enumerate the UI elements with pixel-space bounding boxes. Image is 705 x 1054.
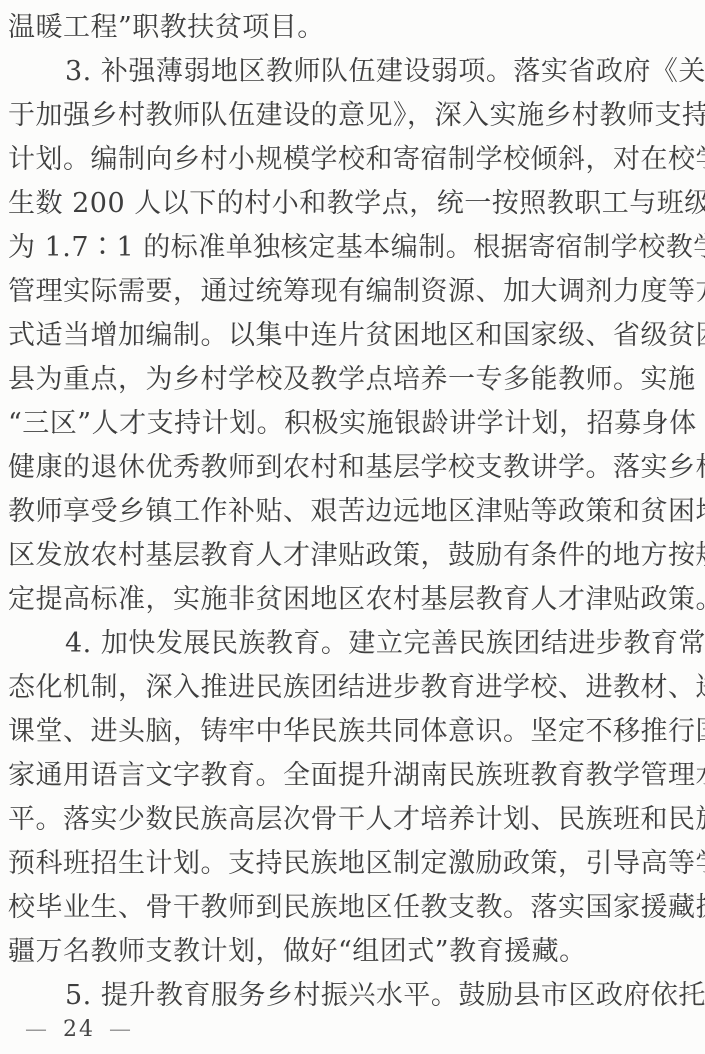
text-line: 于加强乡村教师队伍建设的意见》，深入实施乡村教师支持 <box>8 94 695 138</box>
text-line: 管理实际需要，通过统筹现有编制资源、加大调剂力度等方 <box>8 270 695 314</box>
page-footer: — 24 — <box>25 1014 133 1046</box>
body-text: 温暖工程”职教扶贫项目。 3. 补强薄弱地区教师队伍建设弱项。落实省政府《关 于… <box>8 6 695 1018</box>
text-line: 平。落实少数民族高层次骨干人才培养计划、民族班和民族 <box>8 798 695 842</box>
text-line: 健康的退休优秀教师到农村和基层学校支教讲学。落实乡村 <box>8 446 695 490</box>
text-line: 生数 200 人以下的村小和教学点，统一按照教职工与班级比 <box>8 182 695 226</box>
footer-left-dash: — <box>25 1014 49 1046</box>
text-line: 教师享受乡镇工作补贴、艰苦边远地区津贴等政策和贫困地 <box>8 490 695 534</box>
text-line: 校毕业生、骨干教师到民族地区任教支教。落实国家援藏援 <box>8 886 695 930</box>
text-line: 县为重点，为乡村学校及教学点培养一专多能教师。实施 <box>8 358 695 402</box>
page-number: 24 <box>63 1014 95 1046</box>
text-line: 温暖工程”职教扶贫项目。 <box>8 6 695 50</box>
text-line: 态化机制，深入推进民族团结进步教育进学校、进教材、进 <box>8 666 695 710</box>
text-line: “三区”人才支持计划。积极实施银龄讲学计划，招募身体 <box>8 402 695 446</box>
text-line: 4. 加快发展民族教育。建立完善民族团结进步教育常 <box>8 622 695 666</box>
footer-right-dash: — <box>109 1014 133 1046</box>
text-line: 课堂、进头脑，铸牢中华民族共同体意识。坚定不移推行国 <box>8 710 695 754</box>
text-line: 家通用语言文字教育。全面提升湖南民族班教育教学管理水 <box>8 754 695 798</box>
text-line: 式适当增加编制。以集中连片贫困地区和国家级、省级贫困 <box>8 314 695 358</box>
text-line: 区发放农村基层教育人才津贴政策，鼓励有条件的地方按规 <box>8 534 695 578</box>
text-line: 计划。编制向乡村小规模学校和寄宿制学校倾斜，对在校学 <box>8 138 695 182</box>
text-line: 定提高标准，实施非贫困地区农村基层教育人才津贴政策。 <box>8 578 695 622</box>
text-line: 疆万名教师支教计划，做好“组团式”教育援藏。 <box>8 930 695 974</box>
text-line: 5. 提升教育服务乡村振兴水平。鼓励县市区政府依托 <box>8 974 695 1018</box>
text-line: 预科班招生计划。支持民族地区制定激励政策，引导高等学 <box>8 842 695 886</box>
text-line: 3. 补强薄弱地区教师队伍建设弱项。落实省政府《关 <box>8 50 695 94</box>
text-line: 为 1.7∶1 的标准单独核定基本编制。根据寄宿制学校教学 <box>8 226 695 270</box>
document-page: 温暖工程”职教扶贫项目。 3. 补强薄弱地区教师队伍建设弱项。落实省政府《关 于… <box>0 0 705 1054</box>
